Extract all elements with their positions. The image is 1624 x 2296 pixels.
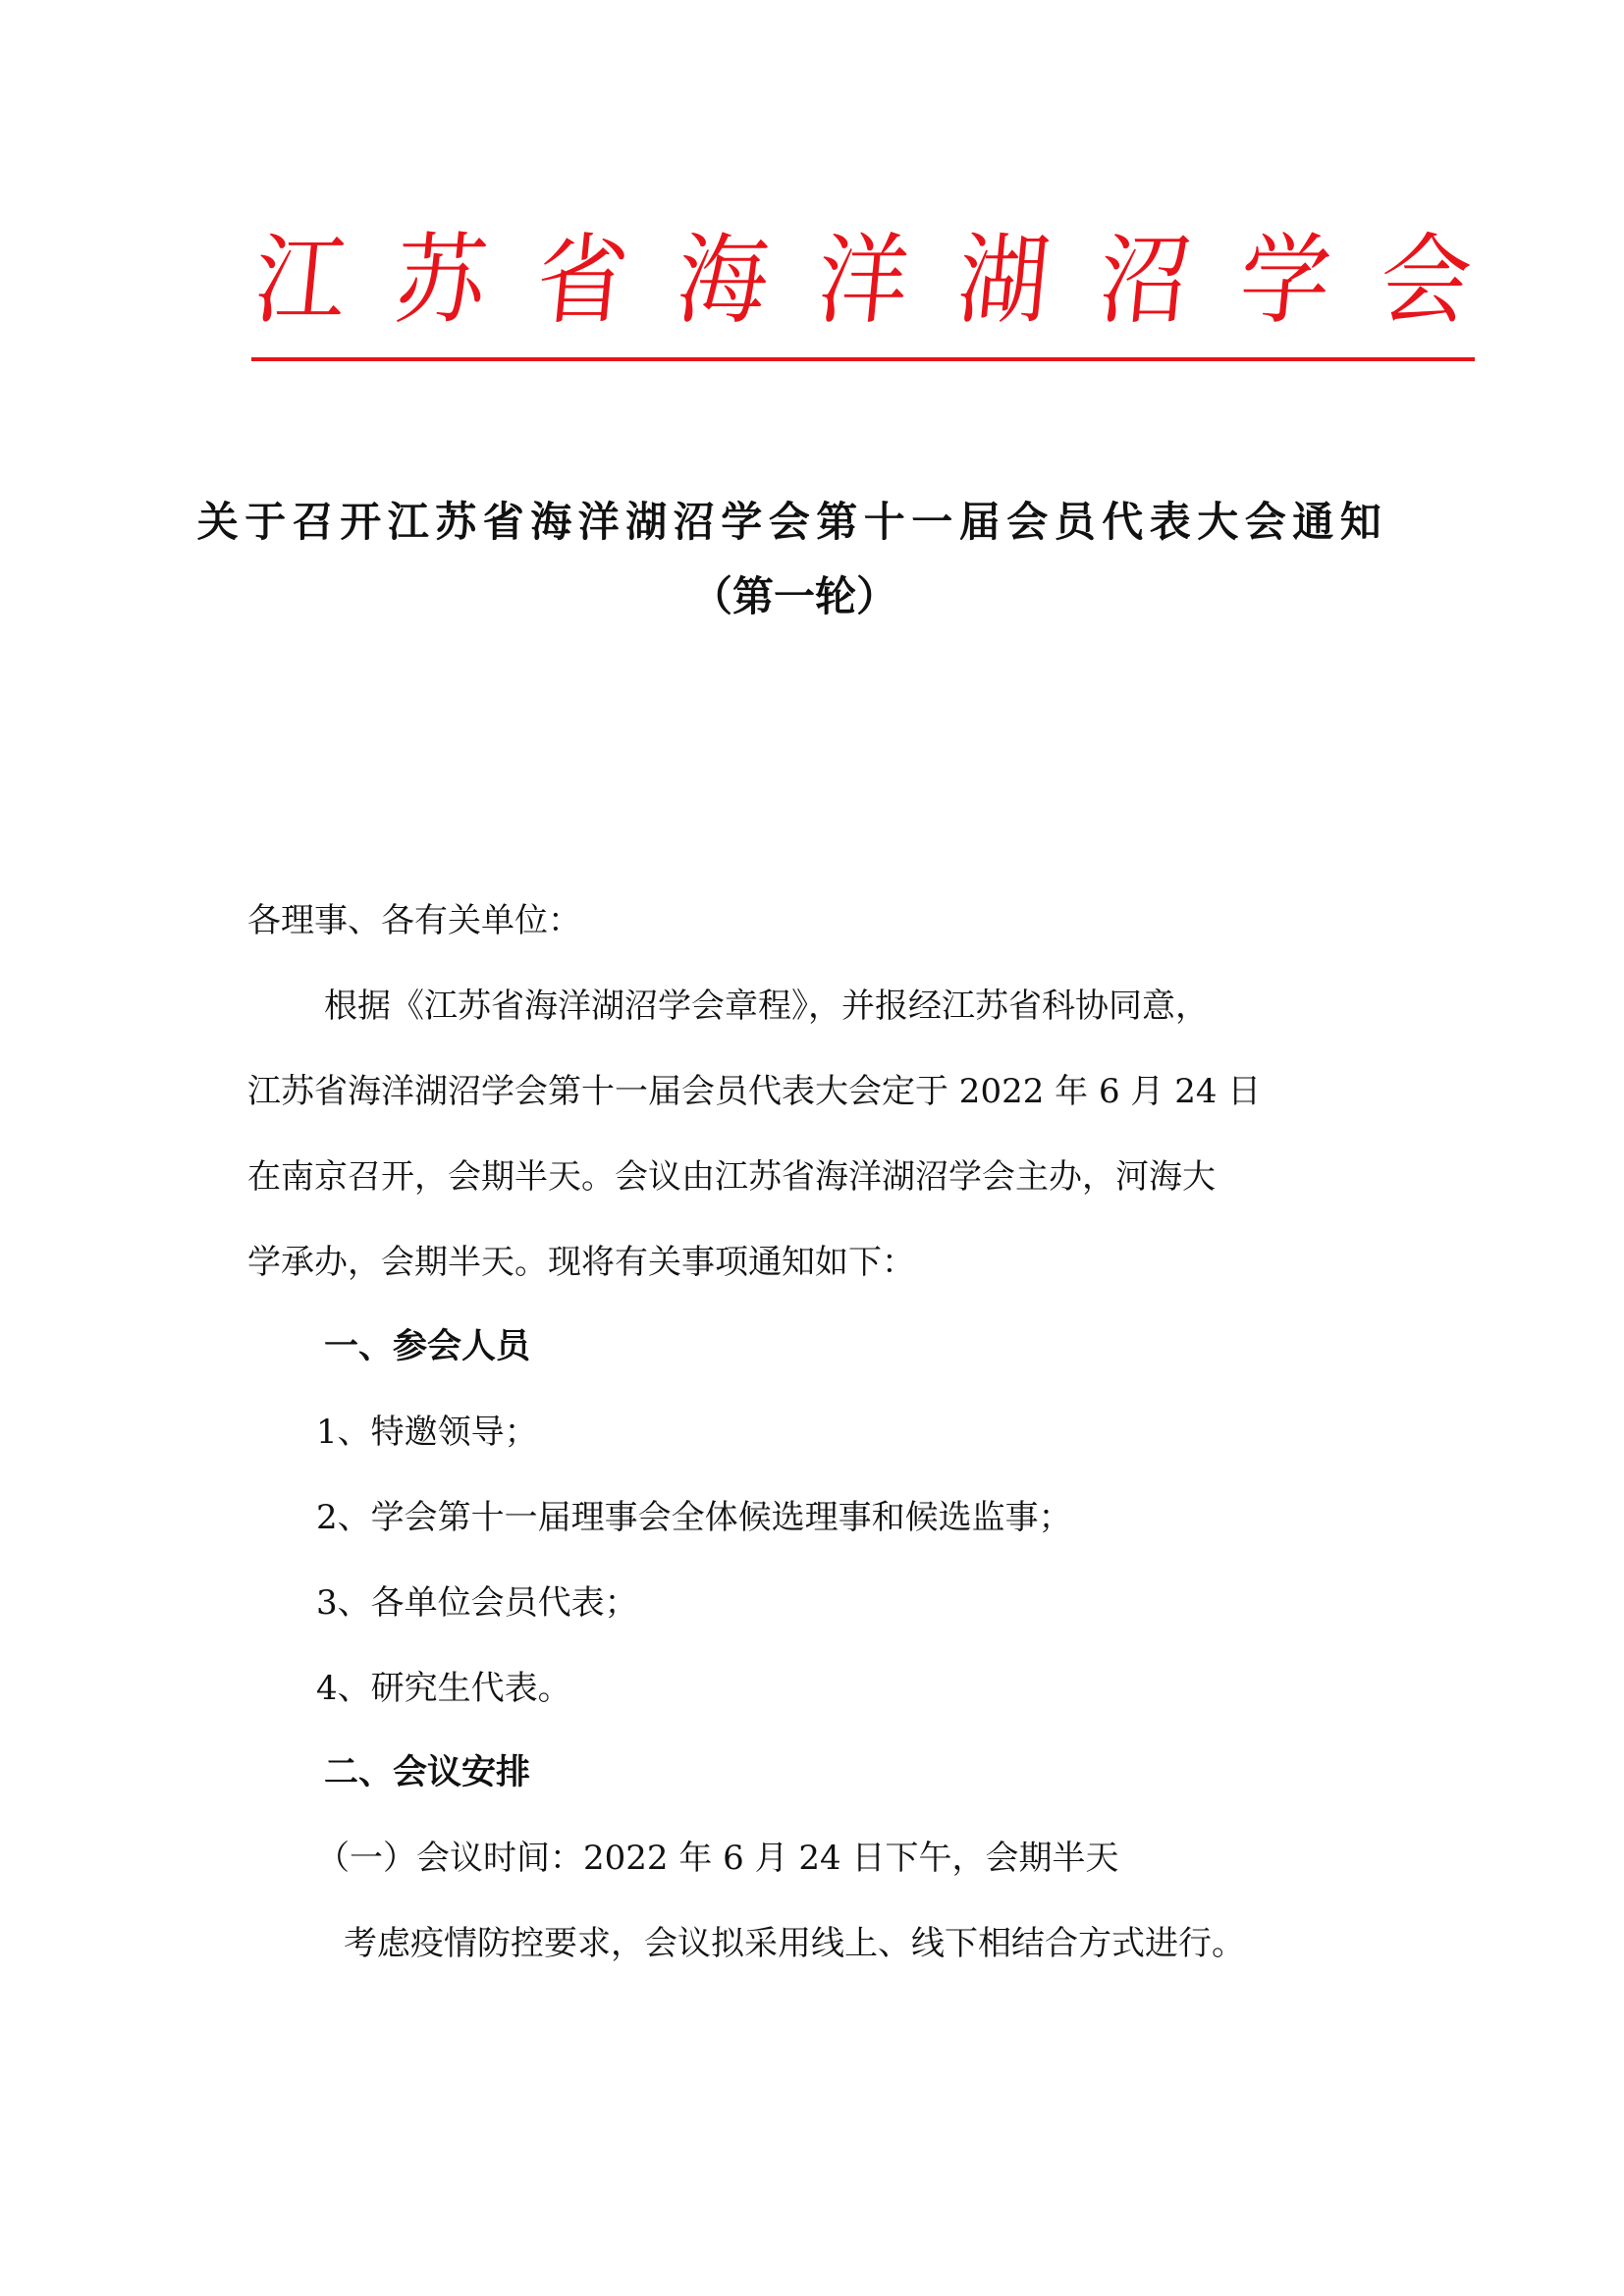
section-heading-arrangement: 二、会议安排 <box>324 1751 1443 1794</box>
intro-line: 根据《江苏省海洋湖沼学会章程》，并报经江苏省科协同意， <box>324 985 1443 1028</box>
letterhead-char: 学 <box>1234 222 1336 340</box>
letterhead-char: 江 <box>249 222 352 340</box>
document-subtitle: （第一轮） <box>0 571 1606 622</box>
arrangement-item-time: （一）会议时间：2022 年 6 月 24 日下午，会期半天 <box>316 1837 1435 1880</box>
intro-line: 江苏省海洋湖沼学会第十一届会员代表大会定于 2022 年 6 月 24 日 <box>247 1070 1367 1113</box>
attendee-item: 4、研究生代表。 <box>316 1667 1435 1710</box>
letterhead-char: 省 <box>531 222 633 340</box>
letterhead-char: 会 <box>1375 222 1477 340</box>
attendee-item: 1、特邀领导； <box>316 1411 1435 1454</box>
letterhead-organization-name: 江 苏 省 海 洋 湖 沼 学 会 <box>251 222 1475 340</box>
letterhead-char: 海 <box>672 222 774 340</box>
letterhead-char: 沼 <box>1094 222 1196 340</box>
intro-line: 学承办，会期半天。现将有关事项通知如下： <box>247 1241 1367 1284</box>
salutation: 各理事、各有关单位： <box>247 899 1367 942</box>
section-heading-attendees: 一、参会人员 <box>324 1325 1443 1368</box>
letterhead-char: 苏 <box>390 222 492 340</box>
letterhead-char: 洋 <box>812 222 914 340</box>
document-title: 关于召开江苏省海洋湖沼学会第十一届会员代表大会通知 <box>0 497 1604 548</box>
attendee-item: 2、学会第十一届理事会全体候选理事和候选监事； <box>316 1496 1435 1539</box>
intro-line: 在南京召开，会期半天。会议由江苏省海洋湖沼学会主办，河海大 <box>247 1155 1367 1199</box>
letterhead-char: 湖 <box>952 222 1055 340</box>
arrangement-item-format: 考虑疫情防控要求，会议拟采用线上、线下相结合方式进行。 <box>344 1922 1463 1965</box>
letterhead-divider <box>251 357 1475 361</box>
attendee-item: 3、各单位会员代表； <box>316 1581 1435 1625</box>
